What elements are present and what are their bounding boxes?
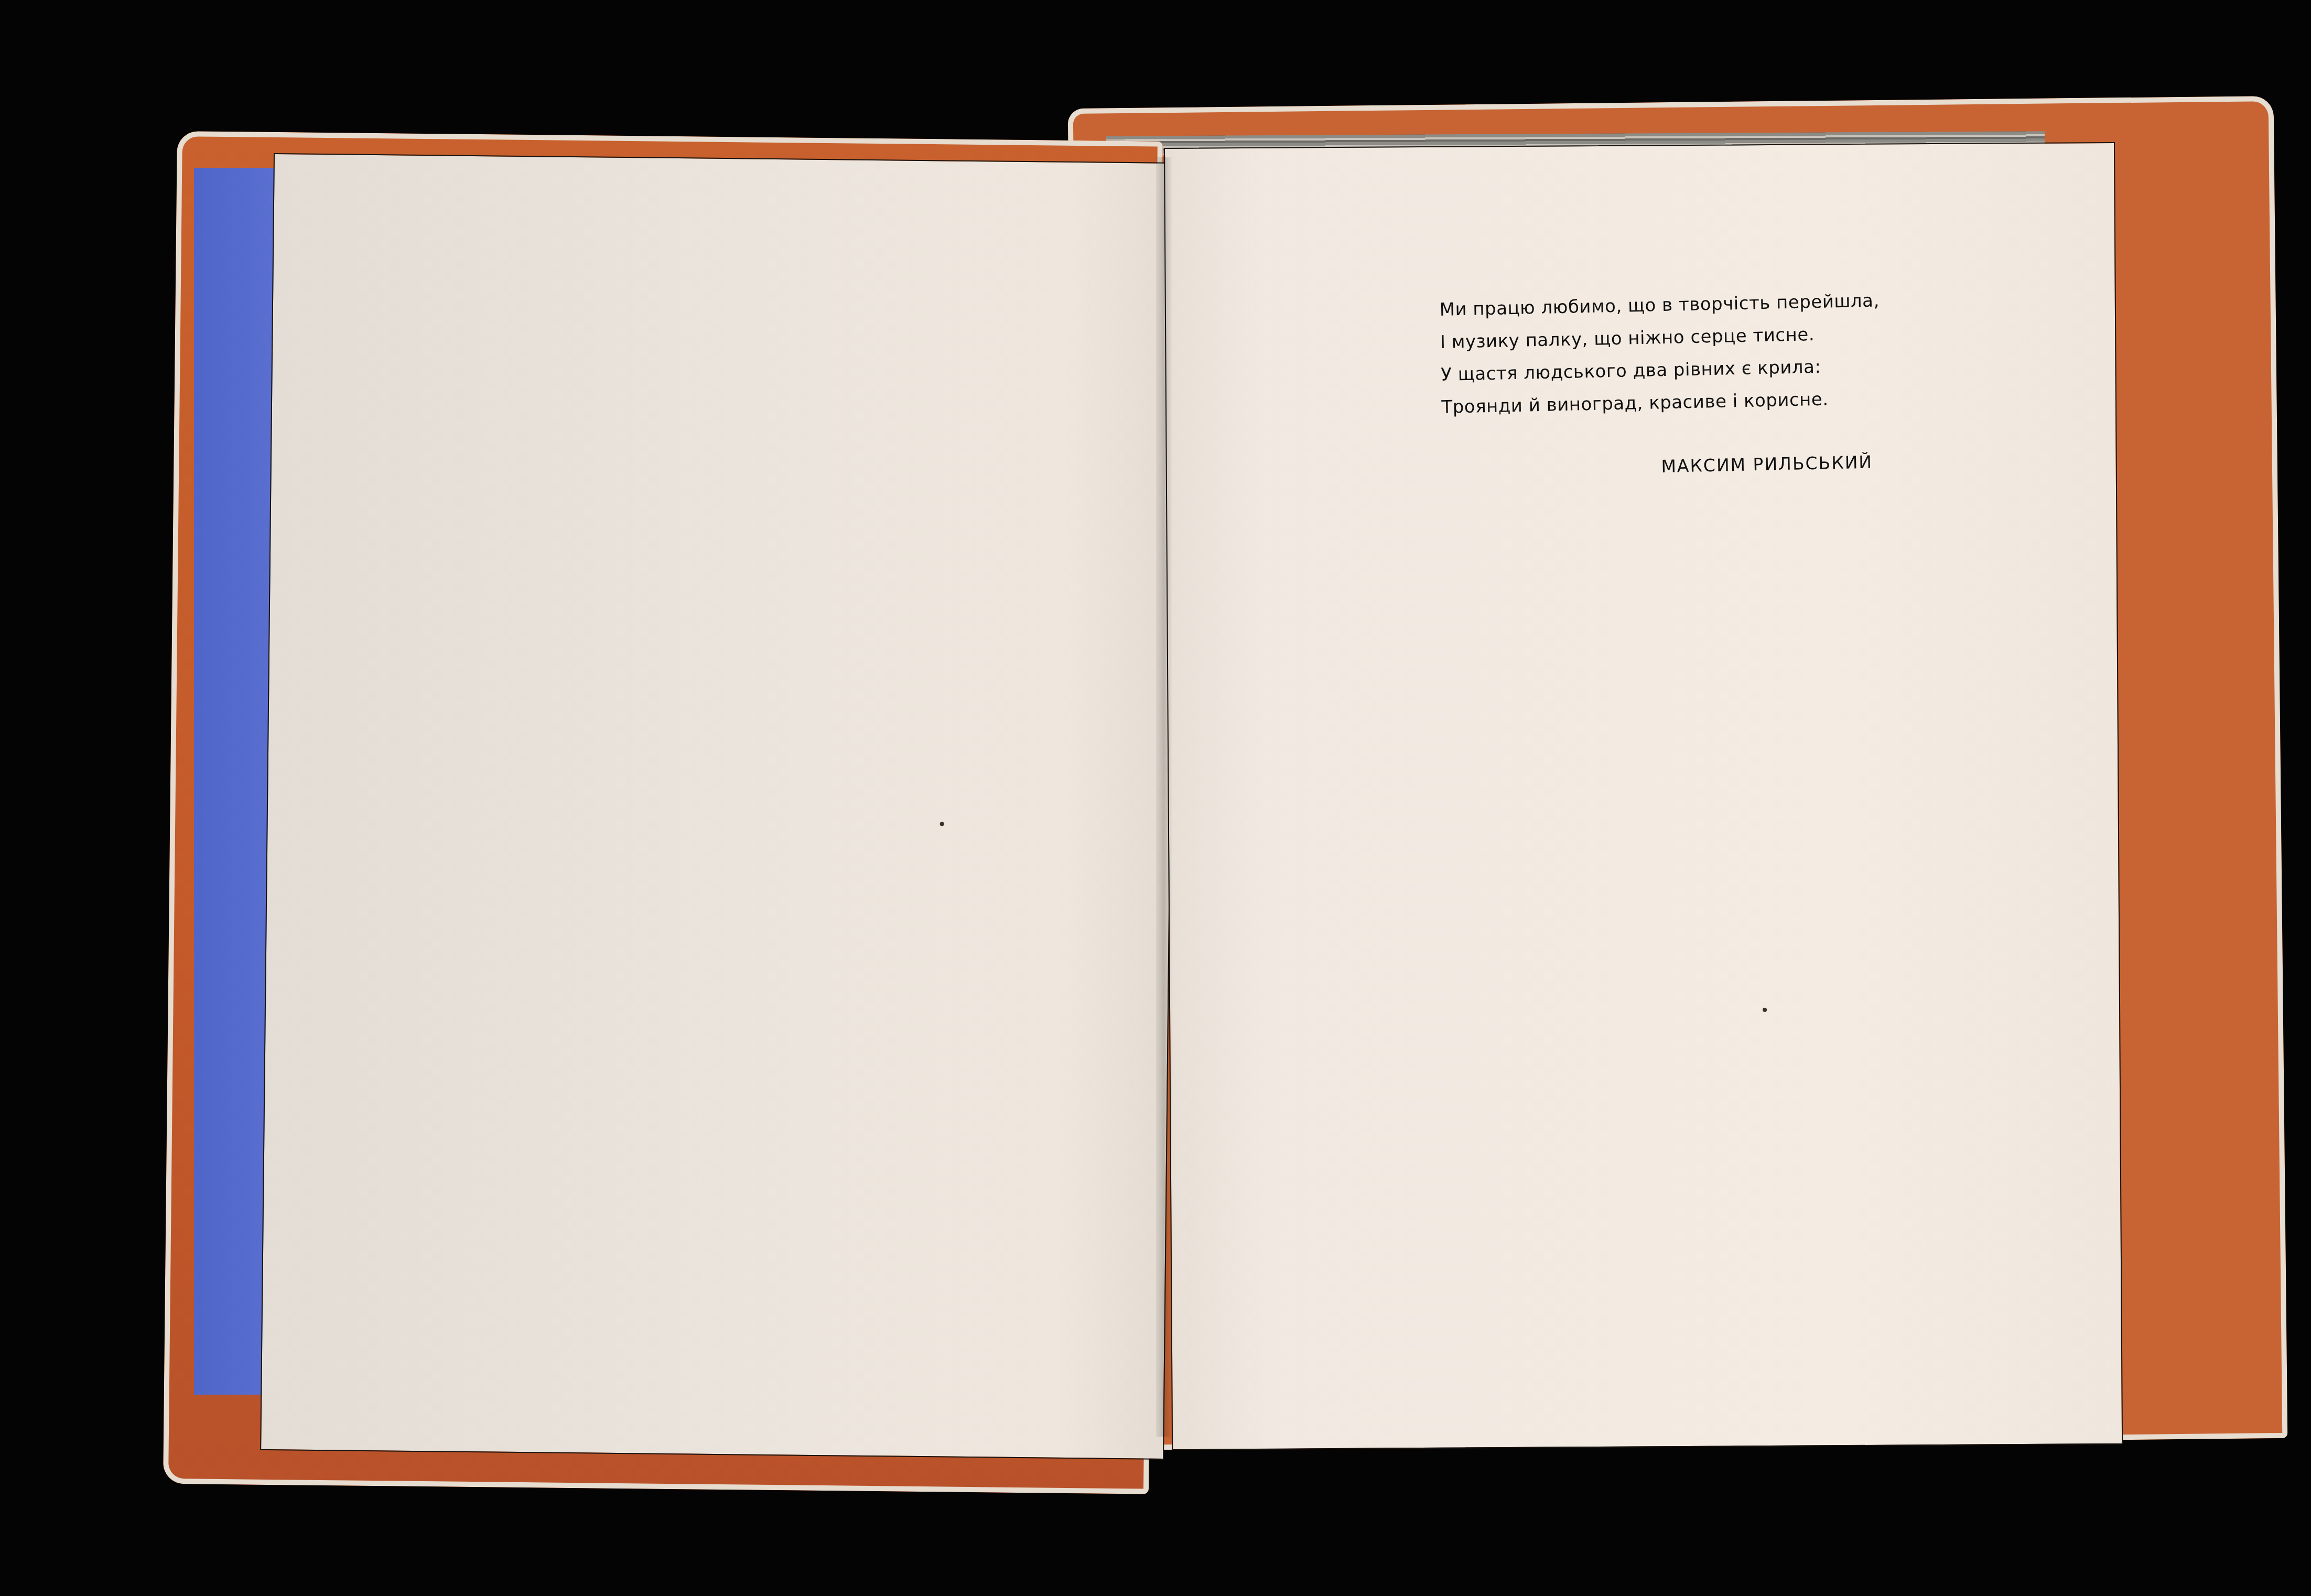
paper-speck <box>940 822 944 826</box>
spine-gutter <box>1156 157 1172 1437</box>
left-page <box>260 153 1178 1460</box>
paper-speck <box>1763 1008 1767 1012</box>
epigraph-poem: Ми працю любимо, що в творчість перейшла… <box>1439 284 1914 424</box>
